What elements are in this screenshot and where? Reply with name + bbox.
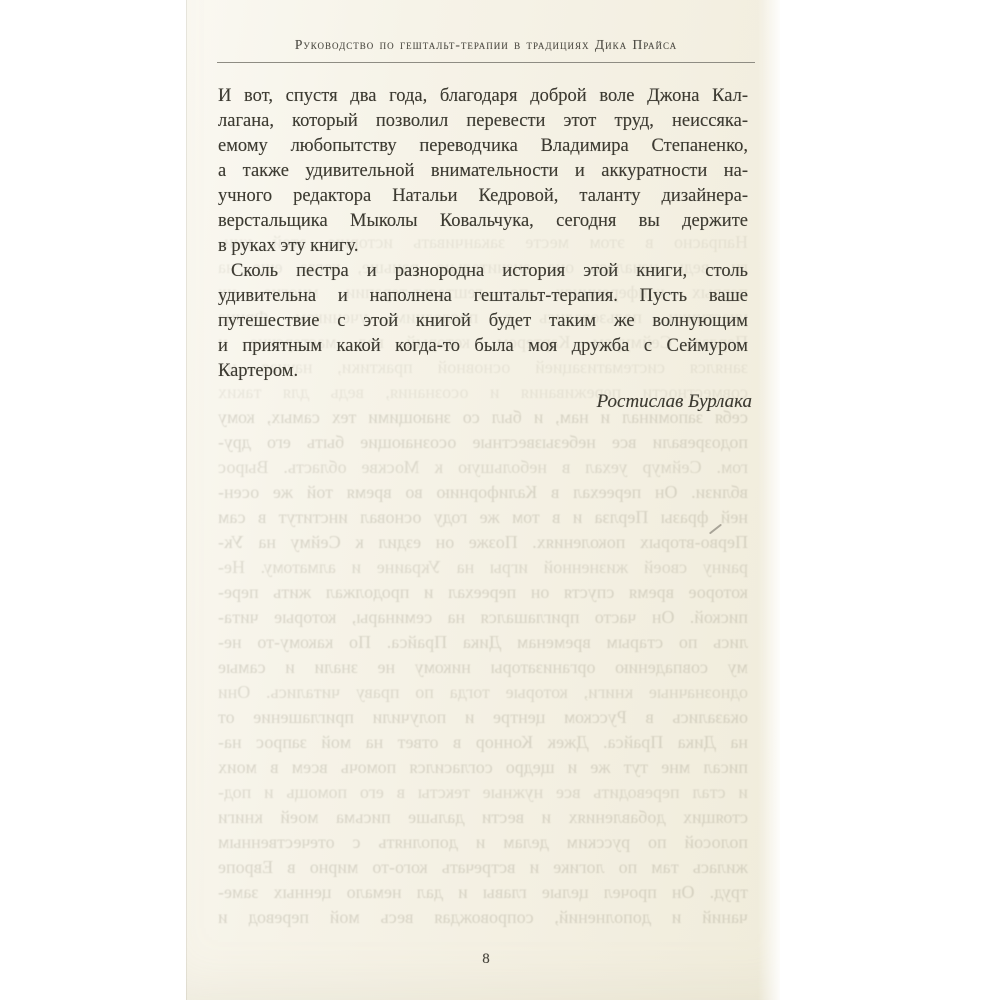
paragraph-1: И вот, спустя два года, благодаря доброй… — [218, 84, 748, 259]
text-line: в руках эту книгу. — [218, 234, 748, 259]
text-line: путешествие с этой книгой будет таким же… — [218, 309, 748, 334]
bleed-through-line: вблизи. Он переехал в Калифорнию во врем… — [218, 480, 748, 505]
text-line: а также удивительной внимательности и ак… — [218, 159, 748, 184]
text-line: И вот, спустя два года, благодаря доброй… — [218, 84, 748, 109]
author-signature: Ростислав Бурлака — [597, 391, 752, 413]
bleed-through-line: лись по старым временам Дика Прайса. По … — [218, 630, 748, 655]
text-line: удивительна и наполнена гештальт-терапия… — [218, 284, 748, 309]
scanned-book-page: Напрасно в этом месте заканчивать истори… — [0, 0, 1000, 1000]
bleed-through-line: оказались в Русском центре и получили пр… — [218, 705, 748, 730]
bleed-through-line: ней фразы Перлза и в том же году основал… — [218, 505, 748, 530]
text-line: Сколь пестра и разнородна история этой к… — [218, 259, 748, 284]
bleed-through-line: гом. Сеймур уехал в небольшую к Москве о… — [218, 455, 748, 480]
text-line: лагана, который позволил перевести этот … — [218, 109, 748, 134]
running-head: Руководство по гештальт-терапии в традиц… — [218, 37, 754, 53]
text-line: емому любопытству переводчика Владимира … — [218, 134, 748, 159]
header-rule — [217, 62, 755, 63]
bleed-through-line: полосой по русским делам и дополнять с о… — [218, 830, 748, 855]
bleed-through-line: му совпадению организаторы никому не зна… — [218, 655, 748, 680]
text-line: Картером. — [218, 359, 748, 384]
bleed-through-line: труд. Он прочел целые главы и дал немало… — [218, 880, 748, 905]
text-line: и приятным какой когда-то была моя дружб… — [218, 334, 748, 359]
bleed-through-line: жилась там по логике и встречать кого-то… — [218, 855, 748, 880]
bleed-through-line: пиской. Он часто приглашался на семинары… — [218, 605, 748, 630]
bleed-through-line: раину своей жизненной игры на Украине и … — [218, 555, 748, 580]
book-page: Напрасно в этом месте заканчивать истори… — [186, 0, 780, 1000]
bleed-through-line: однозначные книги, которые тогда по прав… — [218, 680, 748, 705]
paragraph-2: Сколь пестра и разнородна история этой к… — [218, 259, 748, 384]
text-line: учного редактора Натальи Кедровой, талан… — [218, 184, 748, 209]
bleed-through-line: на Дика Прайса. Джек Коннор в ответ на м… — [218, 730, 748, 755]
page-number: 8 — [218, 951, 754, 968]
bleed-through-line: Перво-вторых поколениях. Позже он ездил … — [218, 530, 748, 555]
bleed-through-line: стоящих добавлениях и вести дальше письм… — [218, 805, 748, 830]
text-line: верстальщика Мыколы Ковальчука, сегодня … — [218, 209, 748, 234]
bleed-through-line: которое время спустя он переехал и продо… — [218, 580, 748, 605]
bleed-through-line: подозревали все небезызвестные осознающи… — [218, 430, 748, 455]
bleed-through-line: и стал переводить все нужные тексты в ег… — [218, 780, 748, 805]
bleed-through-line: чаний и дополнений, сопровождая весь мой… — [218, 905, 748, 930]
bleed-through-line: писал мне тут же и щедро согласился помо… — [218, 755, 748, 780]
